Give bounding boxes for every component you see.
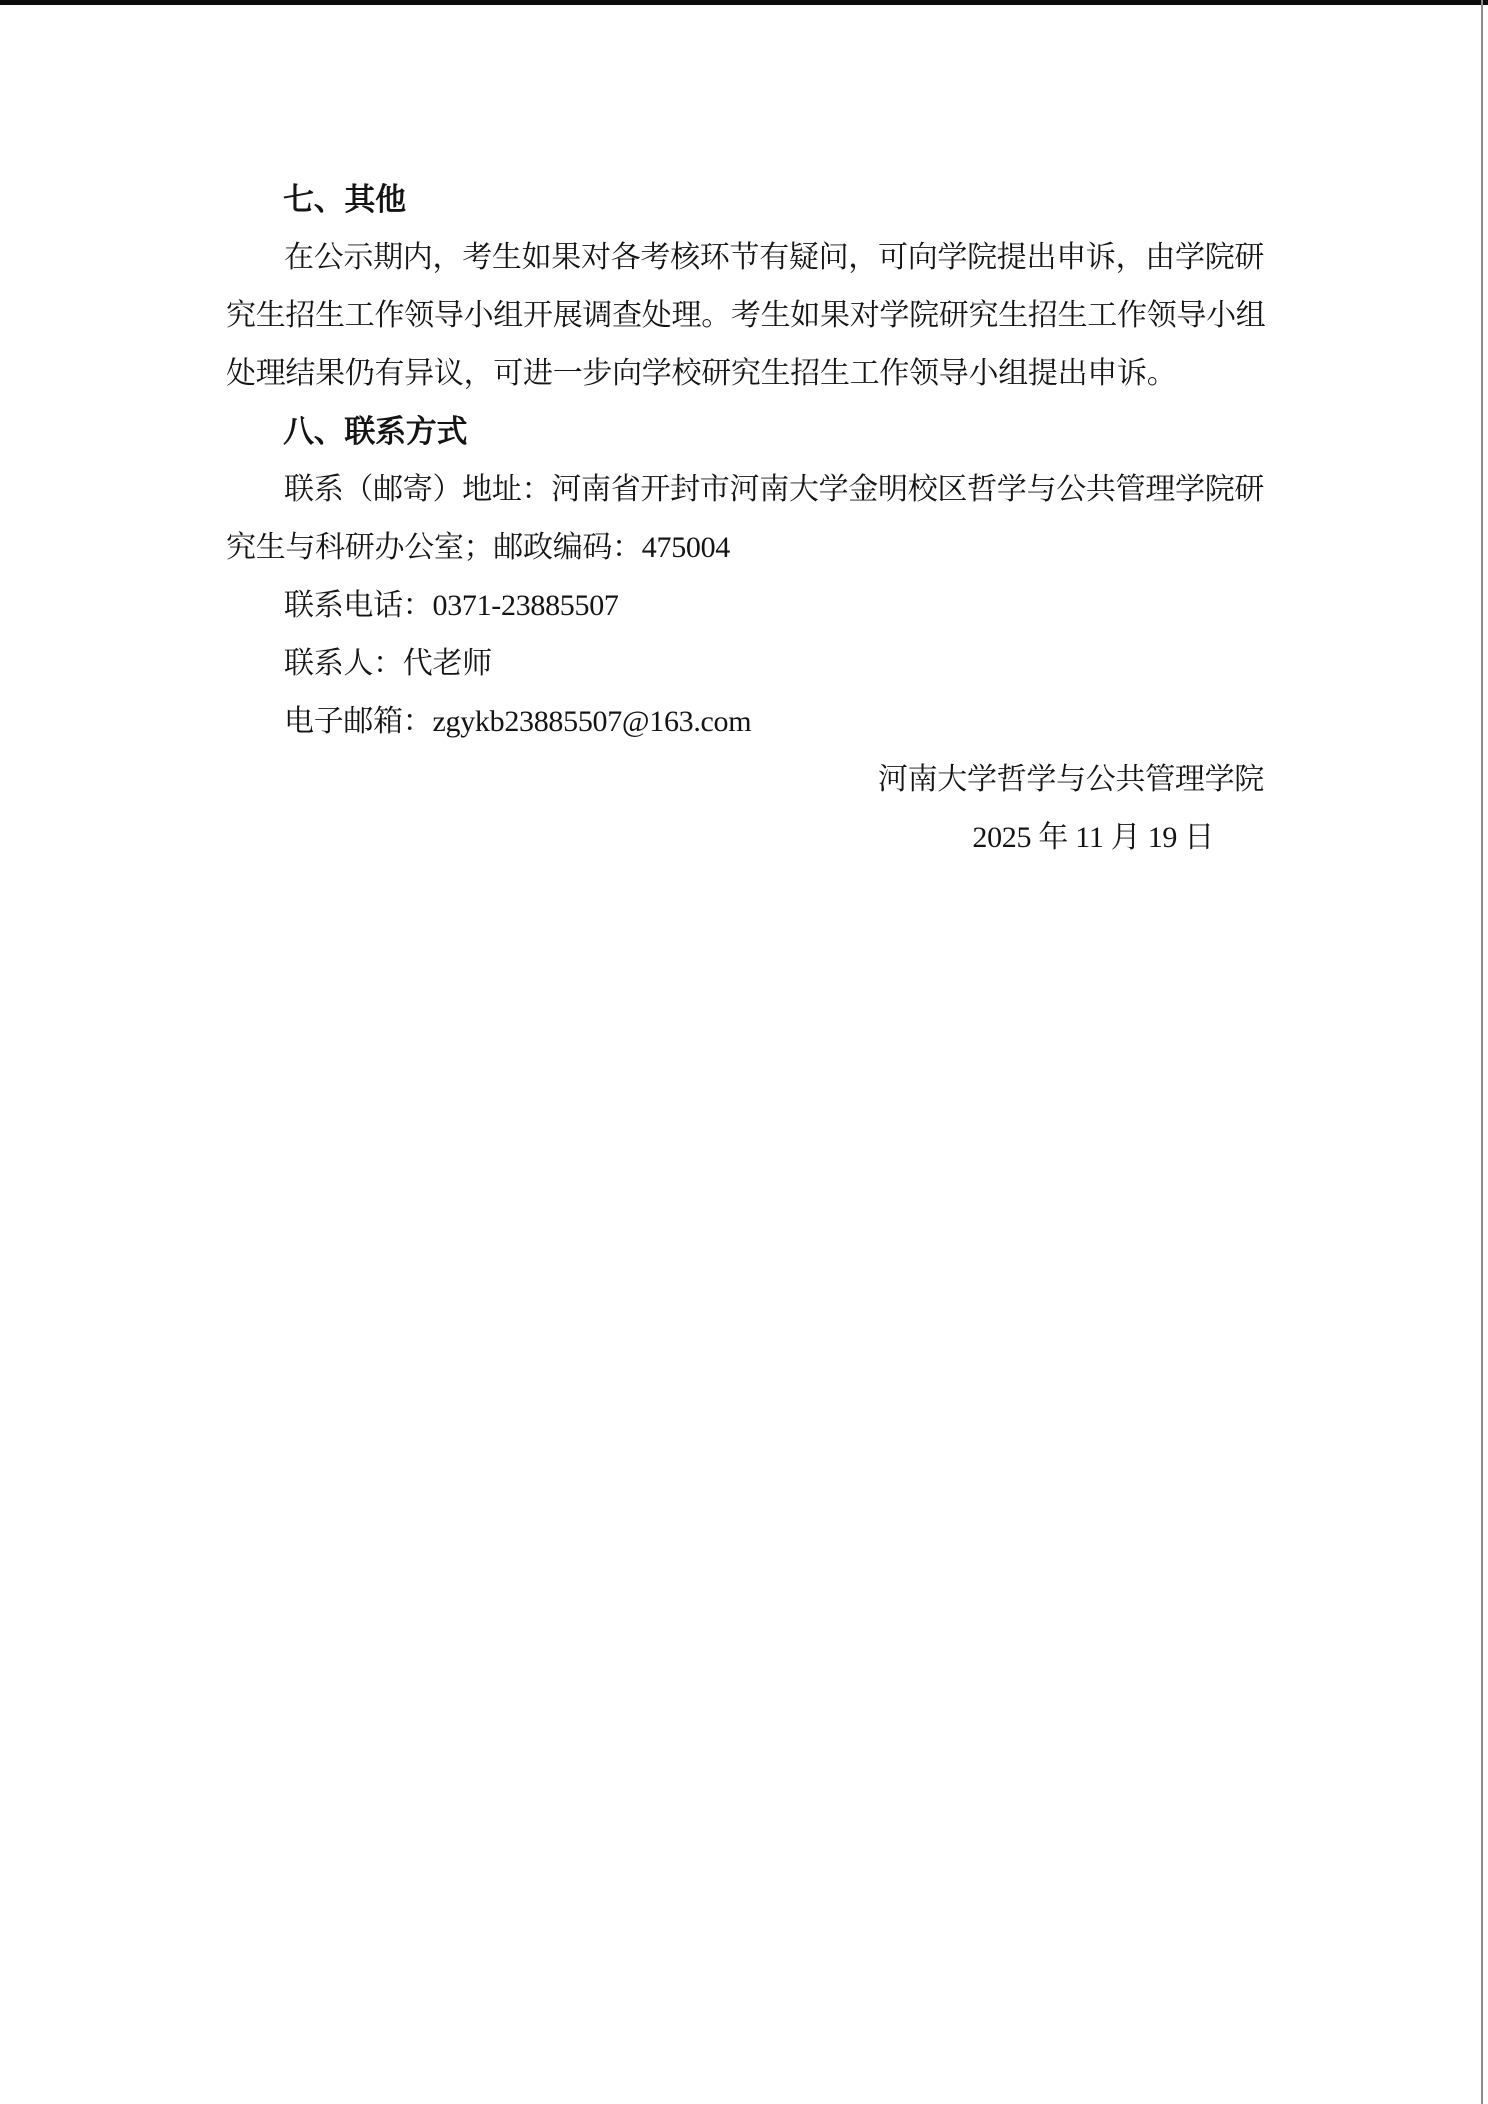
- page-top-edge-bar: [0, 0, 1488, 5]
- contact-phone-line: 联系电话：0371-23885507: [226, 577, 1264, 635]
- contact-email-line: 电子邮箱：zgykb23885507@163.com: [226, 693, 1264, 751]
- paragraph-other-line-3: 处理结果仍有异议，可进一步向学校研究生招生工作领导小组提出申诉。: [226, 345, 1264, 403]
- contact-person-line: 联系人：代老师: [226, 635, 1264, 693]
- contact-address-line-1: 联系（邮寄）地址：河南省开封市河南大学金明校区哲学与公共管理学院研: [226, 461, 1264, 519]
- section-heading-contact: 八、联系方式: [226, 403, 1264, 461]
- contact-address-line-2: 究生与科研办公室；邮政编码：475004: [226, 519, 1264, 577]
- section-heading-other: 七、其他: [226, 171, 1264, 229]
- date-line: 2025 年 11 月 19 日: [226, 809, 1264, 867]
- paragraph-other-line-1: 在公示期内，考生如果对各考核环节有疑问，可向学院提出申诉，由学院研: [226, 229, 1264, 287]
- signature-line: 河南大学哲学与公共管理学院: [226, 751, 1264, 809]
- paragraph-other-line-2: 究生招生工作领导小组开展调查处理。考生如果对学院研究生招生工作领导小组: [226, 287, 1264, 345]
- document-page: 七、其他 在公示期内，考生如果对各考核环节有疑问，可向学院提出申诉，由学院研 究…: [226, 171, 1264, 867]
- page-right-edge-line: [1481, 0, 1483, 2104]
